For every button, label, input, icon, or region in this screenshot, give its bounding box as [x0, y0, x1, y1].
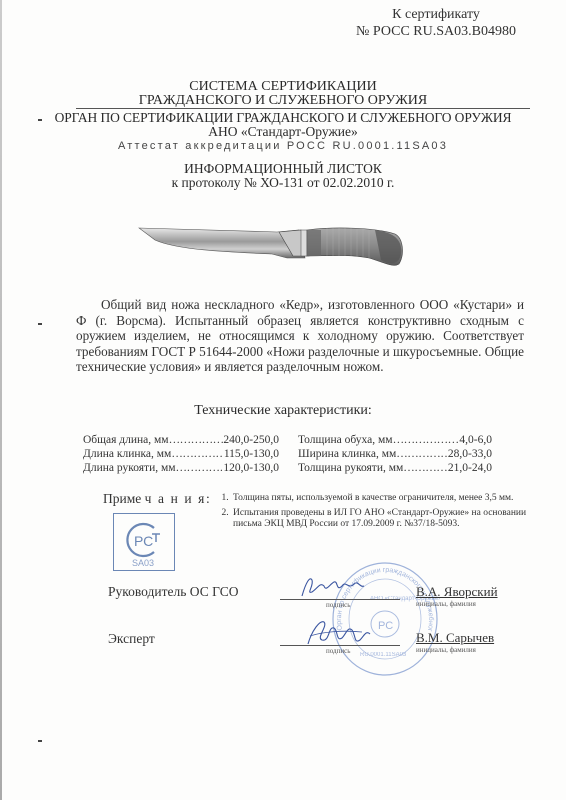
spec-row: Длина рукояти, мм120,0-130,0 [83, 461, 279, 475]
certificate-ref-line1: К сертификату [356, 6, 516, 23]
header-divider [76, 108, 530, 109]
spec-label: Толщина рукояти, мм [298, 461, 403, 475]
spec-row: Толщина рукояти, мм21,0-24,0 [298, 461, 492, 475]
specs-left-column: Общая длина, мм240,0-250,0 Длина клинка,… [83, 433, 279, 475]
signature-handwritten [298, 572, 368, 602]
spec-row: Ширина клинка, мм28,0-33,0 [298, 447, 492, 461]
punch-mark [38, 323, 42, 325]
spec-label: Длина клинка, мм [83, 447, 171, 461]
name-caption: инициалы, фамилия [416, 646, 476, 654]
info-sheet-subtitle: к протоколу № ХО-131 от 02.02.2010 г. [0, 175, 566, 190]
signature-line [280, 645, 400, 646]
certificate-ref-number: № РОСС RU.SA03.B04980 [356, 23, 516, 40]
notes-label: Приме ч а н и я: [103, 491, 211, 507]
spec-label: Длина рукояти, мм [83, 461, 176, 475]
certificate-reference: К сертификату № РОСС RU.SA03.B04980 [356, 6, 516, 40]
spec-value: 115,0-130,0 [224, 447, 279, 461]
spec-value: 4,0-6,0 [459, 433, 492, 447]
signature-line [280, 599, 400, 600]
spec-value: 21,0-24,0 [448, 461, 492, 475]
signatory-role: Руководитель ОС ГСО [108, 584, 238, 600]
spec-label: Ширина клинка, мм [298, 447, 396, 461]
system-title-line2: ГРАЖДАНСКОГО И СЛУЖЕБНОГО ОРУЖИЯ [0, 93, 566, 109]
knife-photo [137, 214, 407, 272]
signature-caption: подпись [326, 601, 350, 609]
svg-text:SA03: SA03 [132, 558, 154, 568]
description-paragraph: Общий вид ножа нескладного «Кедр», изгот… [76, 297, 524, 375]
accreditation-certificate: Аттестат аккредитации РОСС RU.0001.11SA0… [0, 139, 566, 153]
svg-text:РС: РС [134, 533, 153, 549]
svg-text:RU.0001.11SA03: RU.0001.11SA03 [360, 652, 407, 658]
note-item: Толщина пяты, используемой в качестве ог… [231, 493, 557, 505]
signatory-role: Эксперт [108, 631, 155, 647]
info-sheet-title: ИНФОРМАЦИОННЫЙ ЛИСТОК [0, 161, 566, 176]
spec-value: 28,0-33,0 [448, 447, 492, 461]
spec-row: Толщина обуха, мм4,0-6,0 [298, 433, 492, 447]
conformity-mark: РС SA03 [113, 513, 175, 571]
specs-right-column: Толщина обуха, мм4,0-6,0 Ширина клинка, … [298, 433, 492, 475]
spec-value: 120,0-130,0 [223, 461, 279, 475]
signatory-name: В.М. Сарычев [416, 630, 494, 646]
punch-mark [38, 740, 42, 742]
spec-value: 240,0-250,0 [223, 433, 279, 447]
organization-name: АНО «Стандарт-Оружие» [0, 124, 566, 140]
spec-row: Общая длина, мм240,0-250,0 [83, 433, 279, 447]
specs-title: Технические характеристики: [0, 403, 566, 419]
signatory-name: В.А. Яворский [416, 584, 498, 600]
note-item: Испытания проведены в ИЛ ГО АНО «Стандар… [231, 508, 557, 531]
signature-caption: подпись [326, 647, 350, 655]
notes-list: Толщина пяты, используемой в качестве ог… [217, 493, 557, 534]
rst-logo-icon: РС SA03 [114, 514, 174, 570]
svg-text:РС: РС [378, 620, 393, 632]
spec-row: Длина клинка, мм115,0-130,0 [83, 447, 279, 461]
name-caption: инициалы, фамилия [416, 600, 476, 608]
spec-label: Толщина обуха, мм [298, 433, 393, 447]
spec-label: Общая длина, мм [83, 433, 169, 447]
